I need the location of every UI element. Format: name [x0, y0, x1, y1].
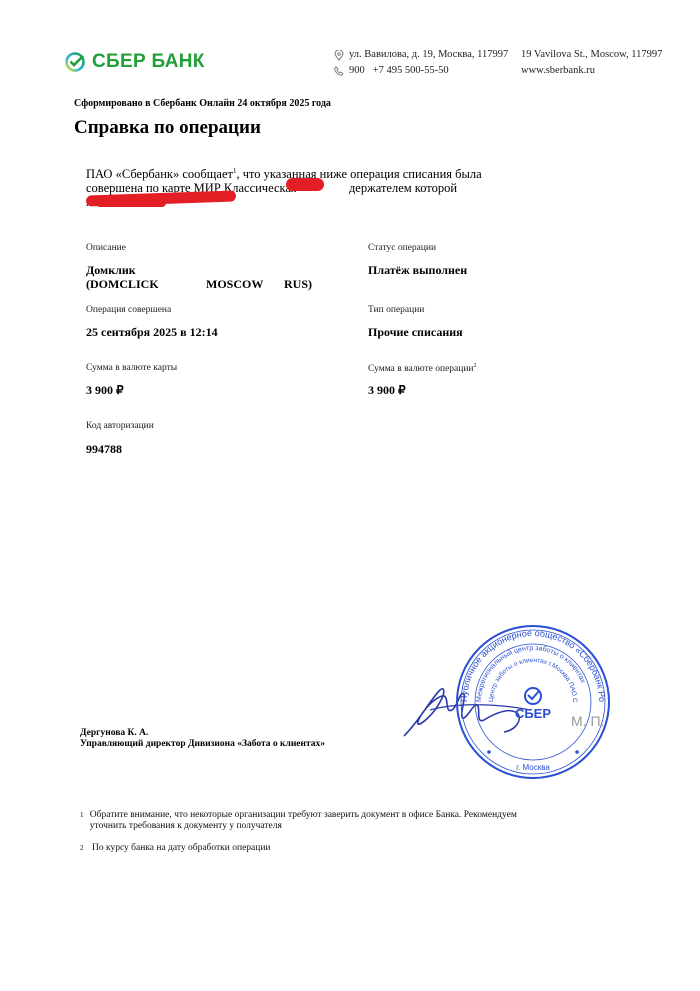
- address-en: 19 Vavilova St., Moscow, 117997: [521, 47, 662, 63]
- signer-block: Дергунова К. А. Управляющий директор Див…: [80, 728, 325, 750]
- op-amount-value: 3 900 ₽: [368, 383, 406, 397]
- website-link[interactable]: www.sberbank.ru: [521, 63, 595, 79]
- op-amount-label: Сумма в валюте операции2: [368, 363, 477, 374]
- phone-long[interactable]: +7 495 500-55-50: [373, 63, 449, 79]
- performed-label: Операция совершена: [86, 305, 171, 315]
- redaction-holder-name-2: [96, 199, 166, 207]
- status-value: Платёж выполнен: [368, 263, 467, 277]
- company-stamp: Публичное акционерное общество «Сбербанк…: [453, 622, 613, 782]
- phone-short[interactable]: 900: [349, 63, 365, 79]
- footnote-1: 1Обратите внимание, что некоторые органи…: [80, 810, 540, 832]
- location-pin-icon: [334, 50, 344, 61]
- footnote-2: 2По курсу банка на дату обработки операц…: [80, 843, 540, 854]
- address-ru: ул. Вавилова, д. 19, Москва, 117997: [349, 47, 508, 63]
- status-label: Статус операции: [368, 243, 436, 253]
- type-value: Прочие списания: [368, 325, 463, 339]
- signer-name: Дергунова К. А.: [80, 728, 325, 739]
- svg-text:СБЕР: СБЕР: [515, 706, 551, 721]
- sber-check-icon: [64, 51, 86, 73]
- page-title: Справка по операции: [74, 117, 261, 139]
- description-value: Домклик (DOMCLICKMOSCOWRUS): [86, 263, 312, 291]
- phone-icon: [334, 66, 344, 76]
- type-label: Тип операции: [368, 305, 424, 315]
- redaction-card-number: [286, 178, 324, 191]
- performed-value: 25 сентября 2025 в 12:14: [86, 325, 218, 339]
- formed-line: Сформировано в Сбербанк Онлайн 24 октябр…: [74, 98, 331, 109]
- contacts-en: 19 Vavilova St., Moscow, 117997 www.sber…: [521, 47, 662, 79]
- contacts-ru: ул. Вавилова, д. 19, Москва, 117997 900 …: [334, 47, 508, 79]
- svg-text:г. Москва: г. Москва: [516, 763, 550, 772]
- card-amount-label: Сумма в валюте карты: [86, 363, 177, 373]
- sber-logo: СБЕР БАНК: [64, 51, 205, 73]
- svg-text:М. П.: М. П.: [571, 713, 604, 729]
- description-label: Описание: [86, 243, 126, 253]
- auth-code-label: Код авторизации: [86, 421, 154, 431]
- brand-name: СБЕР БАНК: [92, 51, 205, 73]
- signer-position: Управляющий директор Дивизиона «Забота о…: [80, 739, 325, 750]
- auth-code-value: 994788: [86, 442, 122, 456]
- card-amount-value: 3 900 ₽: [86, 383, 124, 397]
